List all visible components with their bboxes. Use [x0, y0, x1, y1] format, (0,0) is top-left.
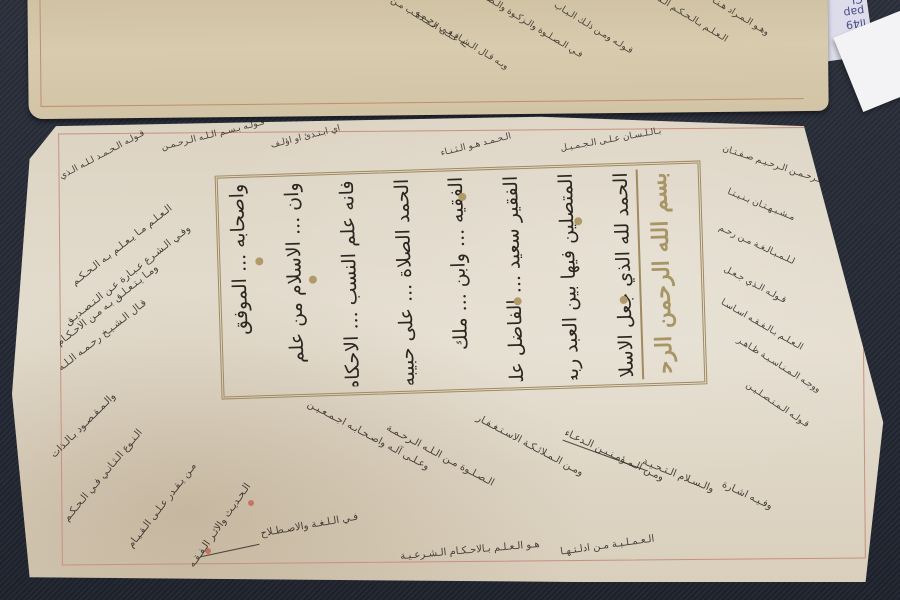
text-line: الفقير سعيد ... الفاضل علي به [500, 175, 528, 382]
illuminated-text-frame: بسم الله الرحمن الرحيم الحمد لله الذي جع… [215, 160, 708, 399]
red-ink-mark [205, 548, 211, 554]
marginal-note: ـه عـلـى الـمـذهـب مـن الـقـول [363, 0, 469, 51]
marginal-note: وبـه قـال الـشـافـعـي رحـمـه [413, 8, 510, 73]
text-line: المتصلين فيها بين العبد ربه [555, 173, 583, 380]
red-ink-mark [248, 500, 254, 506]
red-rule [41, 98, 804, 107]
text-line: الحمد لله الذي جعل الاسلام كالعرفان ... … [610, 172, 638, 379]
text-line: فانه علم النسب ... الاحكام ... وصل [336, 180, 364, 387]
text-line: وان ... الاسلام من علم [281, 182, 309, 389]
upper-folio: ـه عـلـى الـمـذهـب مـن الـقـول وبـه قـال… [27, 0, 828, 119]
text-line: الحمد الصلاة ... على حبيبه [390, 178, 418, 385]
text-line: واصحابه ... الموفق [226, 184, 254, 391]
text-line: الفقيه ... وابن ... ملك [445, 177, 473, 384]
red-rule-vertical [39, 0, 41, 107]
main-text-block: الحمد لله الذي جعل الاسلام كالعرفان ... … [226, 172, 638, 391]
basmala-heading: بسم الله الرحمن الرحيم [646, 172, 696, 373]
